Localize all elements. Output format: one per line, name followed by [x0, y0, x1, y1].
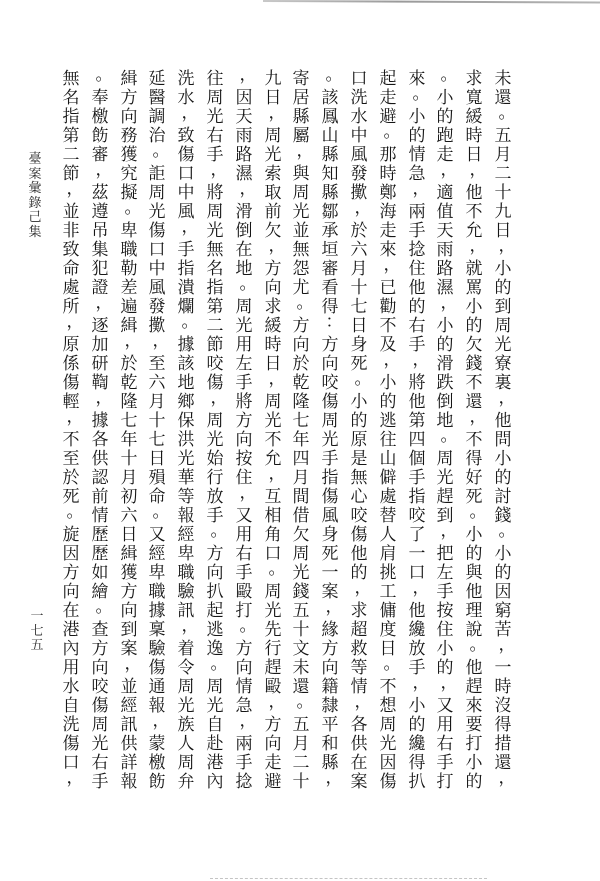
glyph: 天	[234, 108, 254, 127]
glyph: ，	[411, 579, 431, 598]
glyph: 縣	[320, 146, 340, 165]
glyph: 不	[464, 203, 484, 222]
glyph: 走	[378, 222, 398, 241]
text-column-13: 延醫調治。詎周光傷口中風發擹，至六月十七日殞命。又經卑職據稟驗傷通報，蒙檄飭	[147, 70, 167, 792]
glyph: 審	[320, 260, 340, 279]
glyph: 。	[180, 313, 200, 332]
glyph: 倒	[234, 222, 254, 241]
glyph: 傭	[378, 602, 398, 621]
glyph: 該	[176, 355, 196, 374]
glyph: 右	[205, 127, 225, 146]
glyph: 雨	[234, 127, 254, 146]
glyph: ，	[123, 332, 143, 351]
glyph: 求	[464, 70, 484, 89]
glyph: 救	[349, 640, 369, 659]
scan-edge-artifact-top	[263, 0, 600, 3]
glyph: 。	[123, 199, 143, 218]
glyph: 欠	[291, 526, 311, 545]
glyph: 借	[291, 507, 311, 526]
glyph: 日	[119, 526, 139, 545]
glyph: 的	[464, 545, 484, 564]
glyph: 光	[234, 317, 254, 336]
glyph: 因	[378, 754, 398, 773]
glyph: 路	[234, 146, 254, 165]
glyph: 弁	[176, 773, 196, 792]
glyph: 光	[205, 697, 225, 716]
glyph: 勸	[378, 298, 398, 317]
glyph: 無	[291, 241, 311, 260]
glyph: 行	[205, 469, 225, 488]
glyph: 向	[90, 659, 110, 678]
glyph: 心	[349, 488, 369, 507]
glyph: ，	[151, 332, 171, 351]
glyph: ，	[468, 237, 488, 256]
glyph: 僻	[378, 469, 398, 488]
glyph: 供	[90, 450, 110, 469]
glyph: 光	[263, 412, 283, 431]
glyph: 港	[205, 754, 225, 773]
glyph: 縣	[320, 184, 340, 203]
glyph: 非	[61, 222, 81, 241]
glyph: 光	[176, 450, 196, 469]
glyph: 。	[94, 598, 114, 617]
glyph: 放	[205, 488, 225, 507]
glyph: 。	[151, 142, 171, 161]
glyph: 檄	[147, 754, 167, 773]
glyph: 按	[435, 602, 455, 621]
glyph: 方	[320, 640, 340, 659]
glyph: 前	[90, 488, 110, 507]
glyph: 身	[349, 336, 369, 355]
glyph: 年	[291, 431, 311, 450]
glyph: 方	[90, 640, 110, 659]
glyph: 纔	[407, 735, 427, 754]
glyph: 卑	[176, 545, 196, 564]
glyph: 究	[119, 165, 139, 184]
glyph: ，	[94, 161, 114, 180]
glyph: 第	[407, 412, 427, 431]
glyph: 保	[176, 412, 196, 431]
glyph: ，	[439, 522, 459, 541]
glyph: 指	[61, 108, 81, 127]
glyph: 年	[119, 431, 139, 450]
glyph: 緣	[320, 621, 340, 640]
glyph: 情	[407, 146, 427, 165]
glyph: 小	[493, 260, 513, 279]
glyph: 周	[435, 450, 455, 469]
glyph: 光	[493, 336, 513, 355]
glyph: 向	[291, 336, 311, 355]
glyph: 職	[119, 241, 139, 260]
glyph: 光	[147, 203, 167, 222]
glyph: 風	[147, 279, 167, 298]
glyph: 知	[320, 165, 340, 184]
glyph: ，	[238, 712, 258, 731]
glyph: 傷	[147, 222, 167, 241]
glyph: 令	[176, 659, 196, 678]
glyph: 情	[234, 678, 254, 697]
glyph: 。	[267, 560, 287, 579]
glyph: 往	[378, 431, 398, 450]
glyph: 於	[119, 355, 139, 374]
glyph: 指	[407, 488, 427, 507]
text-column-9: 九日，周光索取前欠，方向求緩時日，周光不允，互相角口。周光先行趕毆，方向走避	[263, 70, 283, 792]
glyph: 五	[29, 639, 45, 654]
glyph: 隆	[291, 393, 311, 412]
glyph: 歷	[90, 545, 110, 564]
glyph: 因	[234, 89, 254, 108]
glyph: 於	[291, 355, 311, 374]
glyph: 驗	[176, 583, 196, 602]
glyph: 小	[407, 108, 427, 127]
glyph: 把	[435, 545, 455, 564]
glyph: 右	[234, 545, 254, 564]
glyph: 在	[349, 754, 369, 773]
glyph: 手	[407, 469, 427, 488]
glyph: 毆	[234, 583, 254, 602]
glyph: 手	[435, 583, 455, 602]
glyph: 並	[119, 678, 139, 697]
glyph: 報	[119, 773, 139, 792]
glyph: 他	[464, 583, 484, 602]
glyph: 扒	[407, 773, 427, 792]
glyph: 那	[378, 146, 398, 165]
glyph: 是	[349, 450, 369, 469]
glyph: 居	[291, 89, 311, 108]
glyph: 不	[464, 431, 484, 450]
glyph: 供	[349, 735, 369, 754]
glyph: 因	[493, 583, 513, 602]
glyph: 詳	[119, 754, 139, 773]
glyph: 逐	[90, 317, 110, 336]
glyph: 傷	[61, 374, 81, 393]
glyph: 沒	[493, 697, 513, 716]
glyph: 逃	[378, 412, 398, 431]
glyph: 咬	[205, 355, 225, 374]
glyph: 扒	[205, 583, 225, 602]
glyph: 又	[234, 507, 254, 526]
glyph: 打	[435, 773, 455, 792]
glyph: 原	[349, 431, 369, 450]
glyph: 獲	[119, 146, 139, 165]
glyph: 兩	[407, 203, 427, 222]
glyph: 周	[147, 184, 167, 203]
glyph: 周	[205, 203, 225, 222]
text-column-2: 求寬緩時日，他不允，就罵小的欠錢不還，不得好死。小的與他理說。他趕來要打小的	[464, 70, 484, 792]
glyph: 想	[378, 697, 398, 716]
glyph: 洗	[349, 89, 369, 108]
glyph: 方	[320, 336, 340, 355]
glyph: 第	[61, 127, 81, 146]
glyph: 。	[295, 294, 315, 313]
glyph: 打	[464, 735, 484, 754]
glyph: 的	[464, 317, 484, 336]
glyph: 超	[349, 621, 369, 640]
glyph: 措	[493, 735, 513, 754]
glyph: 風	[320, 507, 340, 526]
glyph: 到	[119, 621, 139, 640]
glyph: 他	[464, 659, 484, 678]
glyph: 往	[205, 70, 225, 89]
glyph: 傷	[90, 697, 110, 716]
glyph: 初	[119, 488, 139, 507]
glyph: 據	[90, 412, 110, 431]
glyph: 各	[349, 716, 369, 735]
glyph: 月	[291, 469, 311, 488]
glyph: 等	[349, 659, 369, 678]
glyph: 周	[90, 716, 110, 735]
glyph: 的	[407, 716, 427, 735]
glyph: 十	[291, 621, 311, 640]
glyph: 據	[176, 336, 196, 355]
glyph: ，	[324, 598, 344, 617]
glyph: 角	[263, 526, 283, 545]
glyph: 向	[263, 279, 283, 298]
glyph: 海	[378, 203, 398, 222]
glyph: 向	[234, 431, 254, 450]
glyph: 理	[464, 602, 484, 621]
glyph: 周	[320, 412, 340, 431]
glyph: 他	[407, 602, 427, 621]
glyph: 方	[234, 640, 254, 659]
book-page: 未還。五月二十九日，小的到周光寮裏，他問小的討錢。小的因窮苦，一時沒得措還， 求…	[0, 0, 600, 881]
glyph: 的	[493, 564, 513, 583]
glyph: 的	[407, 298, 427, 317]
glyph: 方	[291, 317, 311, 336]
glyph: 趕	[263, 659, 283, 678]
glyph: ，	[238, 66, 258, 85]
glyph: ，	[209, 389, 229, 408]
glyph: 手	[234, 374, 254, 393]
glyph: 一	[29, 610, 45, 625]
glyph: 捻	[234, 773, 254, 792]
glyph: 小	[464, 298, 484, 317]
glyph: 因	[61, 545, 81, 564]
glyph: 傷	[349, 526, 369, 545]
glyph: ，	[151, 712, 171, 731]
glyph: 小	[493, 450, 513, 469]
glyph: 並	[291, 222, 311, 241]
glyph: 的	[493, 469, 513, 488]
glyph: 加	[90, 336, 110, 355]
glyph: 如	[90, 564, 110, 583]
glyph: 水	[61, 678, 81, 697]
glyph: 周	[205, 412, 225, 431]
glyph: ，	[123, 655, 143, 674]
glyph: 將	[234, 393, 254, 412]
glyph: 飭	[90, 127, 110, 146]
glyph: 左	[234, 355, 254, 374]
glyph: 小	[378, 374, 398, 393]
glyph: 小	[464, 526, 484, 545]
glyph: 籍	[320, 678, 340, 697]
glyph: 該	[320, 89, 340, 108]
glyph: 向	[234, 659, 254, 678]
glyph: 鄒	[320, 203, 340, 222]
glyph: 緝	[119, 545, 139, 564]
glyph: 七	[291, 412, 311, 431]
glyph: ，	[267, 237, 287, 256]
glyph: 月	[349, 260, 369, 279]
glyph: 。	[94, 66, 114, 85]
glyph: 走	[263, 754, 283, 773]
glyph: 相	[263, 507, 283, 526]
glyph: 九	[263, 70, 283, 89]
text-column-15: 。奉檄飭審，茲遵吊集犯證，逐加研鞫，據各供認前情歷歷如繪。查方向咬傷周光右手	[90, 70, 110, 792]
glyph: 又	[147, 526, 167, 545]
glyph: 彙	[27, 182, 43, 197]
glyph: 處	[61, 279, 81, 298]
glyph: 集	[27, 226, 43, 241]
glyph: 咬	[407, 507, 427, 526]
glyph: 手	[320, 450, 340, 469]
glyph: 無	[205, 241, 225, 260]
glyph: 又	[435, 697, 455, 716]
glyph: 十	[119, 450, 139, 469]
glyph: 小	[407, 697, 427, 716]
glyph: 報	[176, 507, 196, 526]
glyph: 。	[151, 503, 171, 522]
glyph: 挑	[378, 564, 398, 583]
glyph: 肩	[378, 545, 398, 564]
glyph: 自	[205, 716, 225, 735]
glyph: 七	[29, 625, 45, 640]
glyph: 。	[353, 370, 373, 389]
glyph: ，	[94, 389, 114, 408]
glyph: 旋	[61, 526, 81, 545]
glyph: 將	[407, 374, 427, 393]
text-column-7: 。該鳳山縣知縣鄒承垣審看得：方向咬傷周光手指傷風身死一案，緣方向籍隸平和縣，	[320, 70, 340, 792]
glyph: 來	[464, 697, 484, 716]
glyph: 名	[205, 260, 225, 279]
glyph: 他	[493, 412, 513, 431]
glyph: 咬	[90, 678, 110, 697]
glyph: 錄	[27, 197, 43, 212]
glyph: 前	[263, 203, 283, 222]
glyph: 赴	[205, 735, 225, 754]
glyph: 死	[320, 545, 340, 564]
glyph: ，	[65, 313, 85, 332]
glyph: 光	[435, 469, 455, 488]
glyph: 光	[263, 602, 283, 621]
glyph: 兩	[234, 735, 254, 754]
glyph: 六	[119, 507, 139, 526]
glyph: ，	[65, 180, 85, 199]
text-column-10: ，因天雨路濕，滑倒在地。周光用左手將方向按住，又用右手毆打。方向情急，兩手捻	[234, 70, 254, 792]
glyph: 稟	[147, 621, 167, 640]
glyph: 二	[205, 317, 225, 336]
glyph: ，	[439, 674, 459, 693]
glyph: 傷	[61, 735, 81, 754]
glyph: 第	[205, 298, 225, 317]
glyph: 延	[147, 70, 167, 89]
glyph: 。	[382, 655, 402, 674]
glyph: 致	[61, 241, 81, 260]
glyph: 右	[90, 754, 110, 773]
glyph: 時	[263, 336, 283, 355]
glyph: 至	[61, 450, 81, 469]
glyph: 臺	[27, 153, 43, 168]
glyph: 方	[119, 89, 139, 108]
glyph: 人	[378, 526, 398, 545]
glyph: 手	[407, 222, 427, 241]
glyph: 。	[65, 503, 85, 522]
glyph: 路	[435, 260, 455, 279]
glyph: 避	[263, 773, 283, 792]
glyph: 案	[27, 168, 43, 183]
glyph: 光	[205, 222, 225, 241]
glyph: 經	[176, 526, 196, 545]
glyph: 乾	[291, 374, 311, 393]
glyph: 周	[234, 298, 254, 317]
glyph: 和	[320, 735, 340, 754]
glyph: 認	[90, 469, 110, 488]
glyph: 係	[61, 355, 81, 374]
glyph: 光	[205, 431, 225, 450]
glyph: 的	[435, 336, 455, 355]
glyph: 時	[378, 165, 398, 184]
glyph: 跌	[435, 374, 455, 393]
glyph: 。	[238, 617, 258, 636]
glyph: 九	[493, 203, 513, 222]
glyph: 十	[349, 279, 369, 298]
glyph: 集	[90, 241, 110, 260]
text-column-11: 往周光右手，將周光無名指第二節咬傷，周光始行放手。方向扒起逃逸。周光自赴港內	[205, 70, 225, 792]
glyph: 始	[205, 450, 225, 469]
glyph: 索	[263, 165, 283, 184]
glyph: 四	[407, 431, 427, 450]
glyph: 用	[435, 716, 455, 735]
glyph: 方	[263, 716, 283, 735]
glyph: 緩	[263, 317, 283, 336]
glyph: ，	[65, 769, 85, 788]
glyph: 。	[209, 522, 229, 541]
glyph: 供	[119, 735, 139, 754]
glyph: 周	[176, 678, 196, 697]
glyph: 隆	[119, 393, 139, 412]
glyph: 倒	[435, 393, 455, 412]
glyph: 研	[90, 355, 110, 374]
glyph: 一	[320, 564, 340, 583]
glyph: 先	[263, 621, 283, 640]
glyph: 適	[435, 184, 455, 203]
glyph: ，	[324, 769, 344, 788]
glyph: 二	[61, 146, 81, 165]
glyph: 看	[320, 279, 340, 298]
glyph: 就	[464, 260, 484, 279]
glyph: 右	[407, 317, 427, 336]
glyph: 蒙	[147, 735, 167, 754]
glyph: 光	[320, 431, 340, 450]
glyph: 中	[176, 184, 196, 203]
glyph: 欠	[464, 336, 484, 355]
glyph: 周	[291, 545, 311, 564]
glyph: 等	[176, 488, 196, 507]
glyph: 了	[407, 526, 427, 545]
glyph: 經	[119, 697, 139, 716]
glyph: 七	[147, 431, 167, 450]
glyph: 身	[320, 526, 340, 545]
glyph: 口	[176, 165, 196, 184]
glyph: 遍	[119, 298, 139, 317]
glyph: 纔	[407, 621, 427, 640]
glyph: 方	[234, 412, 254, 431]
glyph: 已	[378, 279, 398, 298]
glyph: 雨	[435, 241, 455, 260]
glyph: 口	[147, 241, 167, 260]
glyph: 右	[435, 735, 455, 754]
glyph: 錢	[291, 583, 311, 602]
